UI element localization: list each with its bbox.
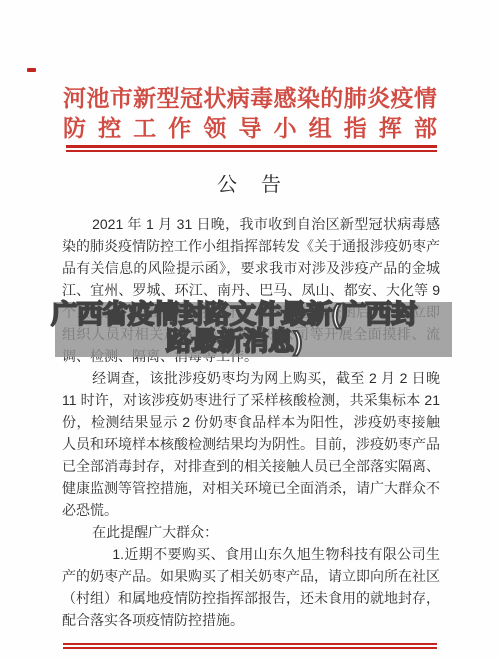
issuer-name-line2: 防控工作领导小组指挥部: [63, 113, 437, 143]
header-double-rule: [66, 145, 437, 152]
notice-title: 公 告: [0, 173, 500, 197]
footer-double-rule: [63, 643, 437, 649]
red-artifact-mark: [27, 68, 36, 72]
paragraph-reminder-item1: 1.近期不要购买、食用山东久旭生物科技有限公司生产的奶枣产品。如果购买了相关奶枣…: [62, 543, 440, 631]
issuer-name-line1: 河池市新型冠状病毒感染的肺炎疫情: [63, 83, 437, 113]
paragraph-reminder-lead: 在此提醒广大群众：: [62, 521, 440, 543]
scanned-notice-page: 河池市新型冠状病毒感染的肺炎疫情 防控工作领导小组指挥部 公 告 2021 年 …: [0, 0, 500, 659]
issuer-header: 河池市新型冠状病毒感染的肺炎疫情 防控工作领导小组指挥部: [63, 83, 437, 143]
overlay-headline: 广西省疫情封路文件最新(广西封路最新消息): [42, 301, 426, 355]
notice-body: 2021 年 1 月 31 日晚，我市收到自治区新型冠状病毒感染的肺炎疫情防控工…: [62, 213, 440, 637]
paragraph-investigation: 经调查，该批涉疫奶枣均为网上购买，截至 2 月 2 日晚 11 时许，对该涉疫奶…: [62, 367, 440, 521]
